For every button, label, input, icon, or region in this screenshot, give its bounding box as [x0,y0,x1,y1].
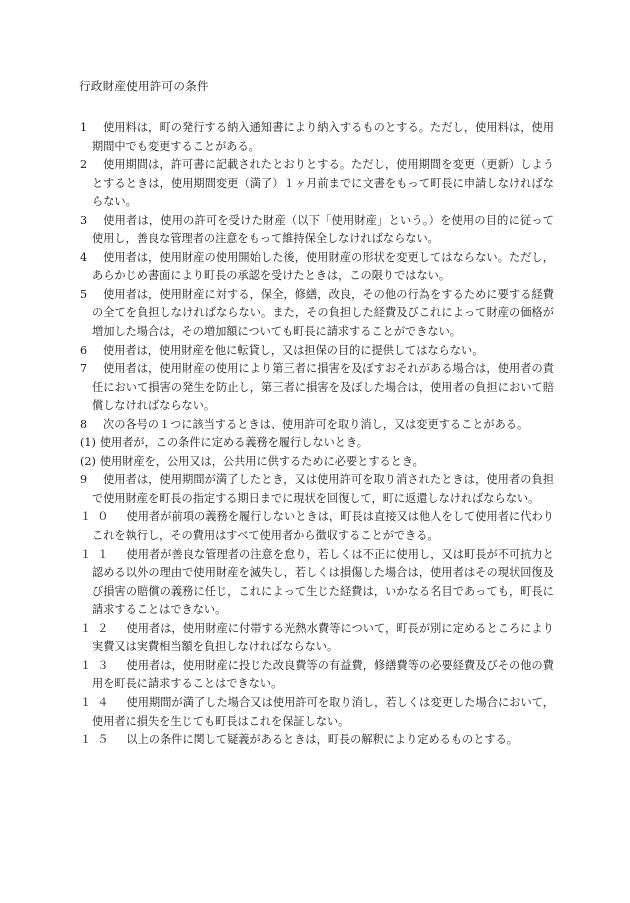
item-number: １０ [80,508,114,527]
condition-subitem-8-1: (1)使用者が，この条件に定める義務を履行しないとき。 [80,434,554,453]
item-number: 3 [80,212,92,231]
item-text: 使用期間が満了した場合又は使用許可を取り消し，若しくは変更した場合において，使用… [92,696,554,728]
item-text: 使用者は，使用財産を他に転貸し，又は担保の目的に提供してはならない。 [103,344,483,357]
item-number: １１ [80,546,114,565]
condition-item-3: 3使用者は，使用の許可を受けた財産（以下「使用財産」という。）を使用の目的に従っ… [80,212,554,249]
item-number: 4 [80,249,92,268]
subitem-text: 使用者が，この条件に定める義務を履行しないとき。 [100,436,368,449]
item-text: 使用者は，使用財産に投じた改良費等の有益費，修繕費等の必要経費及びその他の費用を… [92,659,554,691]
condition-item-12: １２使用者は，使用財産に付帯する光熱水費等について，町長が別に定めるところにより… [80,620,554,657]
document-title: 行政財産使用許可の条件 [79,77,209,96]
subitem-text: 使用財産を，公用又は，公共用に供するために必要とするとき。 [100,455,424,468]
item-number: １４ [80,694,114,713]
item-text: 使用者は，使用期間が満了したとき，又は使用許可を取り消されたときは，使用者の負担… [92,473,554,505]
item-text: 使用者は，使用財産の使用により第三者に損害を及ぼすおそれがある場合は，使用者の責… [92,362,554,412]
condition-item-14: １４使用期間が満了した場合又は使用許可を取り消し，若しくは変更した場合において，… [80,694,554,731]
item-text: 以上の条件に関して疑義があるときは，町長の解釈により定めるものとする。 [126,733,518,746]
condition-subitem-8-2: (2)使用財産を，公用又は，公共用に供するために必要とするとき。 [80,453,554,472]
item-text: 使用者は，使用財産に付帯する光熱水費等について，町長が別に定めるところにより実費… [92,622,554,654]
item-number: １５ [80,731,114,750]
item-text: 使用料は，町の発行する納入通知書により納入するものとする。ただし，使用料は，使用… [92,121,554,153]
document-page: 行政財産使用許可の条件 1使用料は，町の発行する納入通知書により納入するものとす… [0,0,630,903]
condition-item-15: １５以上の条件に関して疑義があるときは，町長の解釈により定めるものとする。 [80,731,554,750]
item-text: 使用者が前項の義務を履行しないときは，町長は直接又は他人をして使用者に代わりこれ… [92,510,554,542]
item-number: 6 [80,342,92,361]
condition-item-7: 7使用者は，使用財産の使用により第三者に損害を及ぼすおそれがある場合は，使用者の… [80,360,554,416]
condition-item-1: 1使用料は，町の発行する納入通知書により納入するものとする。ただし，使用料は，使… [80,119,554,156]
item-text: 使用者は，使用財産の使用開始した後，使用財産の形状を変更してはならない。ただし，… [92,251,554,283]
item-number: １２ [80,620,114,639]
condition-item-11: １１使用者が善良な管理者の注意を怠り，若しくは不正に使用し，又は町長が不可抗力と… [80,546,554,620]
condition-item-10: １０使用者が前項の義務を履行しないときは，町長は直接又は他人をして使用者に代わり… [80,508,554,545]
condition-item-8: 8次の各号の１つに該当するときは、使用許可を取り消し，又は変更することがある。 [80,416,554,435]
item-number: 7 [80,360,92,379]
condition-item-5: 5使用者は，使用財産に対する，保全，修繕，改良，その他の行為をするために要する経… [80,286,554,342]
condition-item-4: 4使用者は，使用財産の使用開始した後，使用財産の形状を変更してはならない。ただし… [80,249,554,286]
item-text: 使用者は，使用の許可を受けた財産（以下「使用財産」という。）を使用の目的に従って… [92,214,554,246]
condition-item-2: 2使用期間は，許可書に記載されたとおりとする。ただし，使用期間を変更（更新）しよ… [80,156,554,212]
subitem-number: (1) [80,434,96,453]
item-text: 使用者は，使用財産に対する，保全，修繕，改良，その他の行為をするために要する経費… [92,288,554,338]
conditions-list: 1使用料は，町の発行する納入通知書により納入するものとする。ただし，使用料は，使… [80,119,554,750]
item-number: 8 [80,416,92,435]
subitem-number: (2) [80,453,96,472]
item-number: 5 [80,286,92,305]
item-text: 使用期間は，許可書に記載されたとおりとする。ただし，使用期間を変更（更新）しよう… [92,158,554,208]
condition-item-13: １３使用者は，使用財産に投じた改良費等の有益費，修繕費等の必要経費及びその他の費… [80,657,554,694]
item-text: 次の各号の１つに該当するときは、使用許可を取り消し，又は変更することがある。 [103,418,528,431]
item-text: 使用者が善良な管理者の注意を怠り，若しくは不正に使用し，又は町長が不可抗力と認め… [92,548,554,617]
item-number: 2 [80,156,92,175]
condition-item-9: 9使用者は，使用期間が満了したとき，又は使用許可を取り消されたときは，使用者の負… [80,471,554,508]
item-number: 1 [80,119,92,138]
condition-item-6: 6使用者は，使用財産を他に転貸し，又は担保の目的に提供してはならない。 [80,342,554,361]
item-number: １３ [80,657,114,676]
item-number: 9 [80,471,92,490]
